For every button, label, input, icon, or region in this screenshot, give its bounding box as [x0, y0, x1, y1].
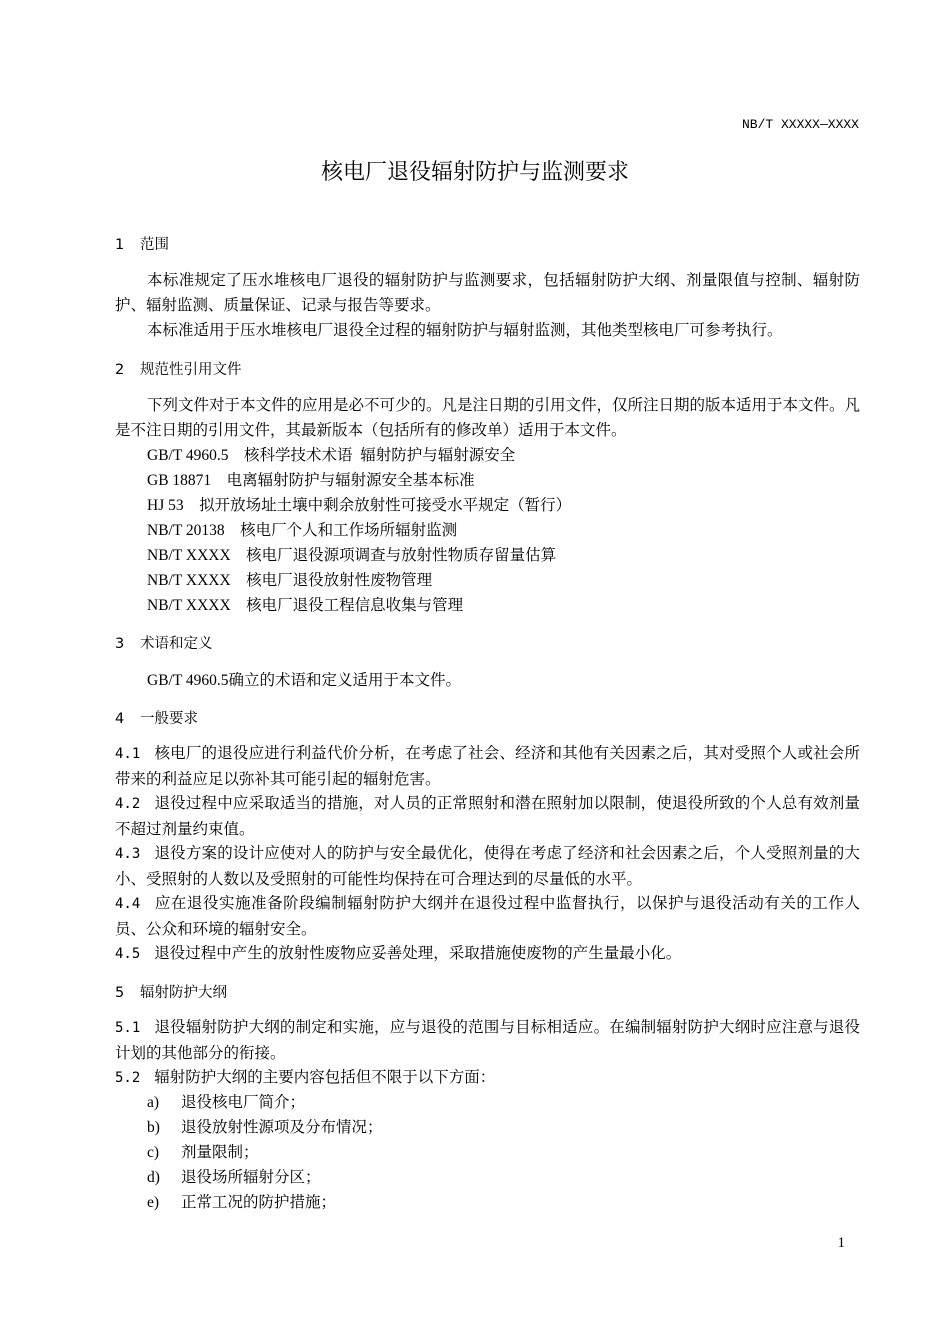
paragraph: 本标准适用于压水堆核电厂退役全过程的辐射防护与辐射监测，其他类型核电厂可参考执行…	[115, 318, 860, 343]
list-item-text: 剂量限制；	[181, 1144, 259, 1161]
section-title: 辐射防护大纲	[140, 985, 227, 1001]
clause-text: 应在退役实施准备阶段编制辐射防护大纲并在退役过程中监督执行，以保护与退役活动有关…	[115, 895, 860, 938]
section-number: 3	[115, 636, 140, 652]
clause-number: 5.2	[115, 1070, 140, 1086]
section-number: 4	[115, 711, 140, 727]
reference-item: GB 18871 电离辐射防护与辐射源安全基本标准	[147, 468, 475, 493]
list-item-label: d)	[147, 1165, 181, 1190]
clause-5-1: 5.1退役辐射防护大纲的制定和实施，应与退役的范围与目标相适应。在编制辐射防护大…	[115, 1015, 860, 1066]
clause-number: 4.4	[115, 896, 140, 912]
clause-text: 退役辐射防护大纲的制定和实施，应与退役的范围与目标相适应。在编制辐射防护大纲时应…	[115, 1019, 860, 1062]
section-heading-2: 2规范性引用文件	[115, 358, 242, 379]
reference-item: NB/T 20138 核电厂个人和工作场所辐射监测	[147, 518, 457, 543]
list-item-label: a)	[147, 1090, 181, 1115]
list-item-text: 退役场所辐射分区；	[181, 1169, 321, 1186]
clause-text: 核电厂的退役应进行利益代价分析，在考虑了社会、经济和其他有关因素之后，其对受照个…	[115, 745, 860, 788]
reference-item: NB/T XXXX 核电厂退役工程信息收集与管理	[147, 593, 463, 618]
clause-4-4: 4.4应在退役实施准备阶段编制辐射防护大纲并在退役过程中监督执行，以保护与退役活…	[115, 891, 860, 942]
clause-text: 退役过程中产生的放射性废物应妥善处理，采取措施使废物的产生量最小化。	[154, 945, 681, 962]
reference-item: NB/T XXXX 核电厂退役源项调查与放射性物质存留量估算	[147, 543, 556, 568]
section-heading-3: 3术语和定义	[115, 632, 213, 653]
clause-text: 退役过程中应采取适当的措施，对人员的正常照射和潜在照射加以限制，使退役所致的个人…	[115, 795, 860, 838]
reference-item: HJ 53 拟开放场址土壤中剩余放射性可接受水平规定（暂行）	[147, 493, 571, 518]
list-item-label: b)	[147, 1115, 181, 1140]
clause-5-2: 5.2辐射防护大纲的主要内容包括但不限于以下方面：	[115, 1065, 860, 1091]
section-heading-4: 4一般要求	[115, 707, 198, 728]
clause-number: 4.2	[115, 796, 140, 812]
paragraph: 本标准规定了压水堆核电厂退役的辐射防护与监测要求，包括辐射防护大纲、剂量限值与控…	[115, 268, 860, 318]
clause-4-3: 4.3退役方案的设计应使对人的防护与安全最优化，使得在考虑了经济和社会因素之后，…	[115, 841, 860, 892]
page-title: 核电厂退役辐射防护与监测要求	[0, 155, 950, 186]
section-title: 范围	[140, 237, 169, 253]
clause-number: 4.3	[115, 846, 140, 862]
reference-item: GB/T 4960.5 核科学技术术语 辐射防护与辐射源安全	[147, 443, 515, 468]
section-number: 1	[115, 237, 140, 253]
clause-4-2: 4.2退役过程中应采取适当的措施，对人员的正常照射和潜在照射加以限制，使退役所致…	[115, 791, 860, 842]
list-item: e)正常工况的防护措施；	[147, 1190, 336, 1215]
list-item-text: 退役放射性源项及分布情况；	[181, 1119, 383, 1136]
section-title: 规范性引用文件	[140, 362, 242, 378]
clause-number: 5.1	[115, 1020, 140, 1036]
section-title: 术语和定义	[140, 636, 213, 652]
clause-4-1: 4.1核电厂的退役应进行利益代价分析，在考虑了社会、经济和其他有关因素之后，其对…	[115, 741, 860, 792]
paragraph: GB/T 4960.5确立的术语和定义适用于本文件。	[147, 668, 461, 693]
list-item-label: c)	[147, 1140, 181, 1165]
page-number: 1	[838, 1235, 846, 1252]
paragraph: 下列文件对于本文件的应用是必不可少的。凡是注日期的引用文件，仅所注日期的版本适用…	[115, 393, 860, 443]
list-item-text: 正常工况的防护措施；	[181, 1194, 336, 1211]
list-item: c)剂量限制；	[147, 1140, 259, 1165]
clause-4-5: 4.5退役过程中产生的放射性废物应妥善处理，采取措施使废物的产生量最小化。	[115, 941, 860, 967]
clause-number: 4.1	[115, 746, 140, 762]
list-item: d)退役场所辐射分区；	[147, 1165, 321, 1190]
list-item-text: 退役核电厂简介；	[181, 1094, 305, 1111]
clause-text: 退役方案的设计应使对人的防护与安全最优化，使得在考虑了经济和社会因素之后，个人受…	[115, 845, 860, 888]
clause-number: 4.5	[115, 946, 140, 962]
section-heading-1: 1范围	[115, 233, 169, 254]
section-title: 一般要求	[140, 711, 198, 727]
reference-item: NB/T XXXX 核电厂退役放射性废物管理	[147, 568, 432, 593]
section-heading-5: 5辐射防护大纲	[115, 981, 227, 1002]
list-item: b)退役放射性源项及分布情况；	[147, 1115, 383, 1140]
list-item: a)退役核电厂简介；	[147, 1090, 305, 1115]
section-number: 5	[115, 985, 140, 1001]
document-page: NB/T XXXXX—XXXX 核电厂退役辐射防护与监测要求 1范围 本标准规定…	[0, 0, 950, 1344]
section-number: 2	[115, 362, 140, 378]
document-code: NB/T XXXXX—XXXX	[742, 117, 859, 132]
list-item-label: e)	[147, 1190, 181, 1215]
clause-text: 辐射防护大纲的主要内容包括但不限于以下方面：	[154, 1069, 495, 1086]
